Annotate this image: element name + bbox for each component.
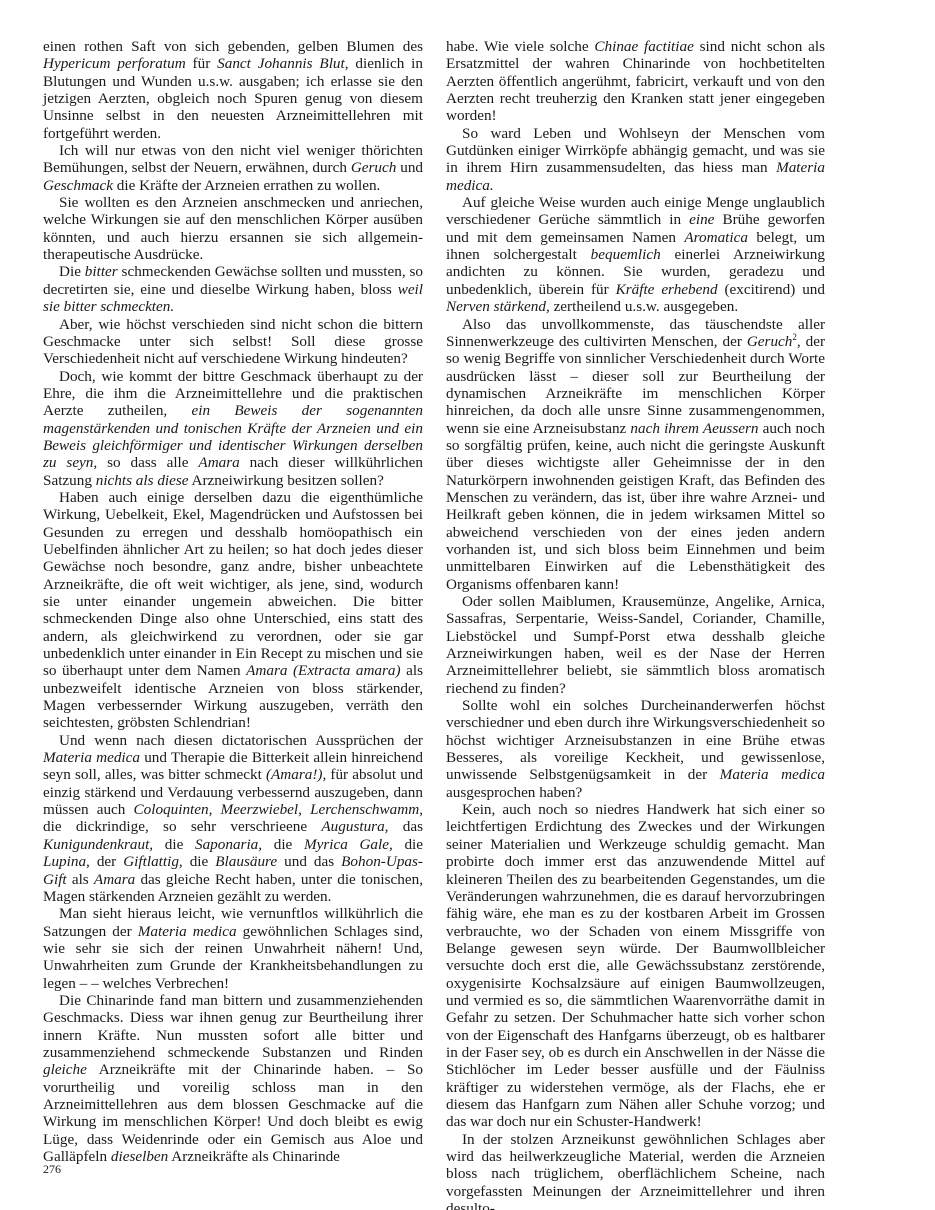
text-run: Die Chinarinde fand man bittern und zusa… (43, 992, 423, 1061)
paragraph: Die bitter schmeckenden Gewächse sollten… (43, 263, 423, 315)
italic-text: Aromatica (684, 229, 748, 246)
text-run: für (186, 55, 217, 72)
right-column: habe. Wie viele solche Chinae factitiae … (446, 38, 825, 1210)
paragraph: Man sieht hieraus leicht, wie vernunftlo… (43, 905, 423, 992)
text-run: der (90, 853, 123, 870)
paragraph: In der stolzen Arzneikunst gewöhnlichen … (446, 1131, 825, 1210)
paragraph: Also das unvollkommenste, das täuschends… (446, 316, 825, 594)
document-page: einen rothen Saft von sich gebenden, gel… (0, 0, 935, 1210)
paragraph: Ich will nur etwas von den nicht viel we… (43, 142, 423, 194)
text-run: Aber, wie höchst verschieden sind nicht … (43, 316, 423, 368)
italic-text: Myrica Gale, (304, 836, 393, 853)
text-run: habe. Wie viele solche (446, 38, 594, 55)
italic-text: Nerven stärkend, (446, 298, 550, 315)
text-run: Arzneiwirkung besitzen sollen? (189, 472, 384, 489)
text-run: als (67, 871, 94, 888)
paragraph: habe. Wie viele solche Chinae factitiae … (446, 38, 825, 125)
italic-text: Blausäure (215, 853, 277, 870)
text-run: So ward Leben und Wohlseyn der Menschen … (446, 125, 825, 177)
paragraph: So ward Leben und Wohlseyn der Menschen … (446, 125, 825, 194)
italic-text: Geruch (747, 333, 793, 350)
page-number: 276 (43, 1162, 61, 1177)
italic-text: Amara (198, 454, 239, 471)
text-run: und (396, 159, 423, 176)
text-run: das (388, 818, 423, 835)
italic-text: Materia medica (138, 923, 237, 940)
italic-text: Kräfte erhebend (616, 281, 718, 298)
italic-text: (Amara!), (266, 766, 326, 783)
italic-text: Saponaria, (195, 836, 262, 853)
italic-text: Materia medica (43, 749, 140, 766)
italic-text: Augustura, (321, 818, 388, 835)
italic-text: bequemlich (591, 246, 661, 263)
paragraph: Kein, auch noch so niedres Handwerk hat … (446, 801, 825, 1131)
italic-text: Giftlattig, (123, 853, 183, 870)
text-run: Und wenn nach diesen dictatorischen Auss… (59, 732, 423, 749)
italic-text: dieselben (111, 1148, 168, 1165)
text-run: Arzneikräfte als Chinarinde (168, 1148, 340, 1165)
paragraph: Und wenn nach diesen dictatorischen Auss… (43, 732, 423, 905)
text-run: die (393, 836, 423, 853)
italic-text: Coloquinten, Meerzwiebel, Lerchenschwamm… (134, 801, 423, 818)
left-column: einen rothen Saft von sich gebenden, gel… (43, 38, 423, 1165)
italic-text: Amara (Extracta amara) (246, 662, 400, 679)
text-run: und das (277, 853, 341, 870)
text-run: In der stolzen Arzneikunst gewöhnlichen … (446, 1131, 825, 1210)
text-run: Die (59, 263, 85, 280)
paragraph: Die Chinarinde fand man bittern und zusa… (43, 992, 423, 1165)
text-run: auch noch so sorgfältig prüfen, keine, a… (446, 420, 825, 593)
paragraph: einen rothen Saft von sich gebenden, gel… (43, 38, 423, 142)
text-run: zertheilend u.s.w. ausgegeben. (550, 298, 738, 315)
text-run: Sie wollten es den Arzneien anschmecken … (43, 194, 423, 263)
text-run: die Kräfte der Arzneien errathen zu woll… (113, 177, 380, 194)
text-run: so dass alle (97, 454, 198, 471)
text-run: die (183, 853, 216, 870)
text-run: die dickrindige, so sehr verschrieene (43, 818, 321, 835)
italic-text: gleiche (43, 1061, 87, 1078)
text-run: Haben auch einige derselben dazu die eig… (43, 489, 423, 679)
italic-text: Hypericum perforatum (43, 55, 186, 72)
italic-text: Sanct Johannis Blut, (217, 55, 348, 72)
italic-text: Geruch (351, 159, 397, 176)
italic-text: Amara (94, 871, 135, 888)
italic-text: Chinae factitiae (594, 38, 693, 55)
italic-text: Lupina, (43, 853, 90, 870)
text-run: Oder sollen Maiblumen, Krausemünze, Ange… (446, 593, 825, 697)
paragraph: Doch, wie kommt der bittre Geschmack übe… (43, 368, 423, 489)
italic-text: Materia medica (720, 766, 825, 783)
paragraph: Sollte wohl ein solches Durcheinanderwer… (446, 697, 825, 801)
italic-text: nichts als diese (96, 472, 189, 489)
paragraph: Sie wollten es den Arzneien anschmecken … (43, 194, 423, 263)
text-run: einen rothen Saft von sich gebenden, gel… (43, 38, 423, 55)
italic-text: bitter (85, 263, 118, 280)
text-run: Kein, auch noch so niedres Handwerk hat … (446, 801, 825, 1130)
paragraph: Aber, wie höchst verschieden sind nicht … (43, 316, 423, 368)
italic-text: Geschmack (43, 177, 113, 194)
italic-text: Kunigundenkraut, (43, 836, 153, 853)
paragraph: Oder sollen Maiblumen, Krausemünze, Ange… (446, 593, 825, 697)
text-run: (excitirend) und (718, 281, 825, 298)
italic-text: eine (689, 211, 714, 228)
italic-text: nach ihrem Aeussern (630, 420, 758, 437)
text-run: die (262, 836, 304, 853)
text-run: die (153, 836, 195, 853)
paragraph: Auf gleiche Weise wurden auch einige Men… (446, 194, 825, 315)
text-run: ausgesprochen haben? (446, 784, 582, 801)
paragraph: Haben auch einige derselben dazu die eig… (43, 489, 423, 732)
